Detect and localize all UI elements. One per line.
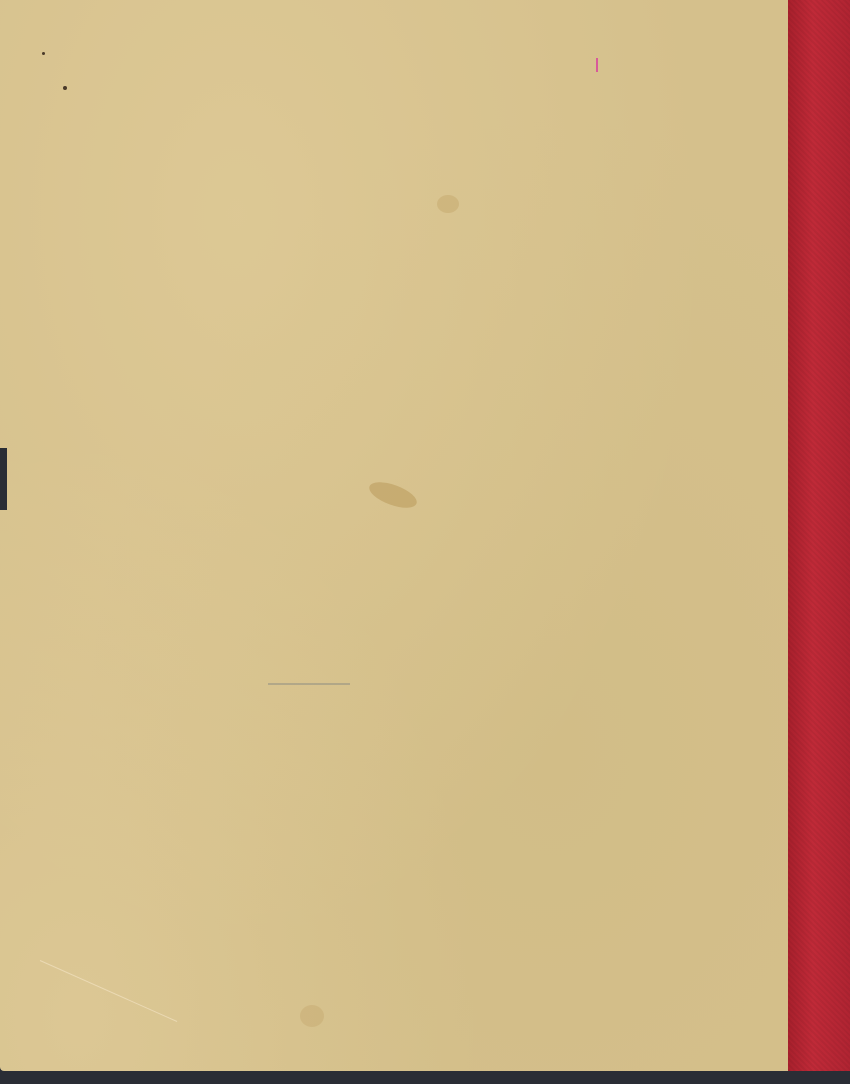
- pink-mark: [596, 58, 598, 72]
- red-cloth-spine: [788, 0, 850, 1071]
- faint-stain: [437, 195, 459, 213]
- edge-tear: [0, 448, 7, 510]
- speck: [42, 52, 45, 55]
- faint-pencil-line: [268, 683, 350, 685]
- water-stain: [366, 477, 420, 513]
- crease: [40, 960, 177, 1022]
- book-back-cover: [0, 0, 790, 1071]
- speck: [63, 86, 67, 90]
- faint-stain-bottom: [300, 1005, 324, 1027]
